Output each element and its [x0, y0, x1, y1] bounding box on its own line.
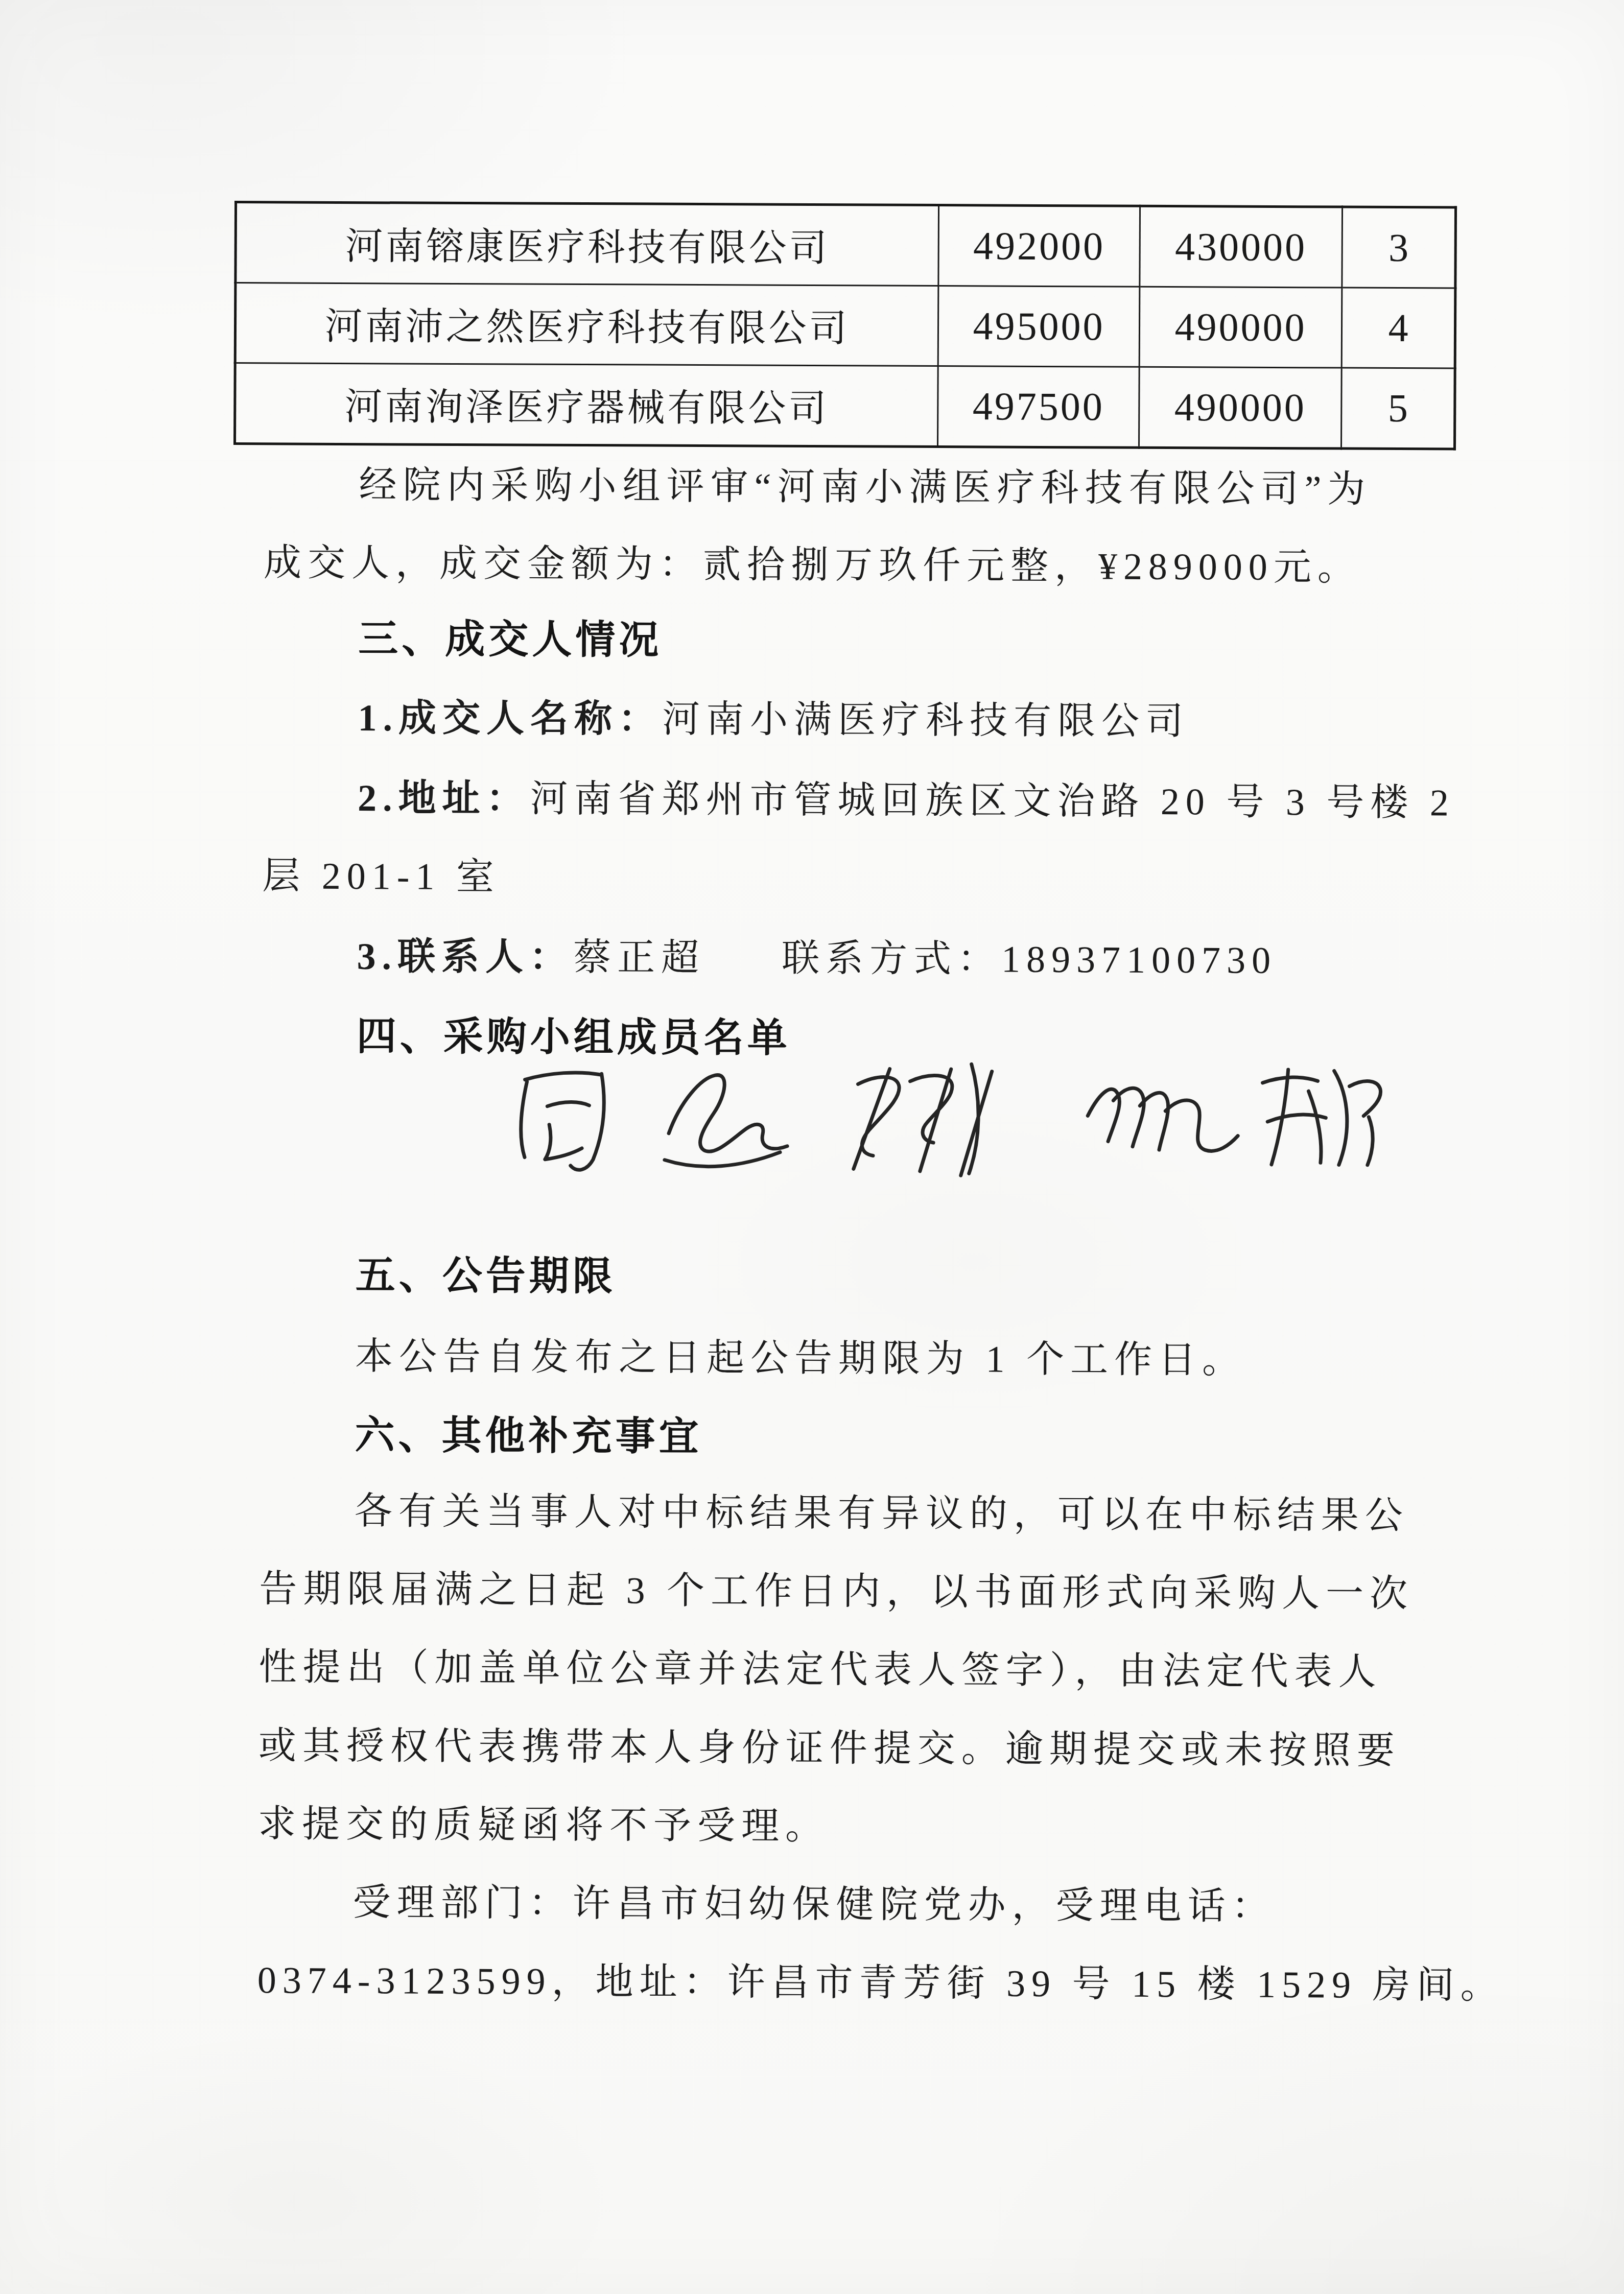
winner-address-line-2: 层 201-1 室 [262, 837, 1453, 920]
section3-heading: 三、成交人情况 [263, 599, 1549, 683]
contact-person-label: 3.联系人： [357, 936, 573, 979]
winner-name-value: 河南小满医疗科技有限公司 [662, 699, 1189, 743]
table-row: 河南沛之然医疗科技有限公司 495000 490000 4 [235, 283, 1455, 368]
rank-cell: 5 [1341, 368, 1455, 449]
objection-paragraph-line-5: 求提交的质疑函将不予受理。 [258, 1785, 1449, 1869]
acceptance-dept-line-2: 0374-3123599，地址：许昌市青芳街 39 号 15 楼 1529 房间… [257, 1941, 1448, 2025]
award-paragraph-line-2: 成交人，成交金额为：贰拾捌万玖仟元整，¥289000元。 [264, 524, 1454, 607]
deal-price-cell: 430000 [1140, 206, 1343, 288]
contact-person-line: 3.联系人：蔡正超联系方式：18937100730 [262, 917, 1547, 1001]
objection-paragraph-line-3: 性提出（加盖单位公章并法定代表人签字），由法定代表人 [258, 1628, 1449, 1712]
section5-heading: 五、公告期限 [261, 1235, 1546, 1319]
quote-price-cell: 492000 [938, 205, 1140, 287]
rank-cell: 3 [1342, 207, 1456, 288]
winner-address-label: 2.地址： [358, 777, 530, 820]
rank-cell: 4 [1341, 288, 1455, 368]
table-row: 河南镕康医疗科技有限公司 492000 430000 3 [236, 202, 1456, 288]
award-paragraph-line-1: 经院内采购小组评审“河南小满医疗科技有限公司”为 [264, 445, 1549, 530]
section5-body: 本公告自发布之日起公告期限为 1 个工作日。 [260, 1317, 1546, 1401]
objection-paragraph-line-4: 或其授权代表携带本人身份证件提交。逾期提交或未按照要 [258, 1707, 1449, 1790]
supplier-name-cell: 河南镕康医疗科技有限公司 [236, 202, 939, 286]
objection-paragraph-line-2: 告期限届满之日起 3 个工作日内，以书面形式向采购人一次 [259, 1550, 1450, 1634]
table-row: 河南洵泽医疗器械有限公司 497500 490000 5 [235, 363, 1455, 449]
contact-phone-value: 18937100730 [1001, 939, 1277, 982]
handwritten-signature-2-icon [665, 1075, 788, 1167]
handwritten-signature-5-icon [1262, 1070, 1381, 1165]
winner-address-value: 河南省郑州市管城回族区文治路 20 号 3 号楼 2 [530, 778, 1455, 824]
winner-address-line-1: 2.地址：河南省郑州市管城回族区文治路 20 号 3 号楼 2 [263, 759, 1548, 843]
bid-result-table: 河南镕康医疗科技有限公司 492000 430000 3 河南沛之然医疗科技有限… [233, 201, 1457, 450]
handwritten-signature-3-icon [854, 1063, 992, 1175]
deal-price-cell: 490000 [1139, 367, 1342, 448]
quote-price-cell: 495000 [938, 286, 1140, 367]
deal-price-cell: 490000 [1139, 287, 1342, 368]
signature-block [500, 1051, 1400, 1208]
winner-name-line: 1.成交人名称：河南小满医疗科技有限公司 [263, 678, 1548, 763]
section6-heading: 六、其他补充事宜 [260, 1395, 1545, 1479]
supplier-name-cell: 河南沛之然医疗科技有限公司 [235, 283, 938, 366]
handwritten-signature-4-icon [1088, 1088, 1238, 1151]
quote-price-cell: 497500 [938, 366, 1140, 448]
contact-method-label: 联系方式： [782, 938, 1001, 981]
scanned-document-page: 河南镕康医疗科技有限公司 492000 430000 3 河南沛之然医疗科技有限… [0, 0, 1624, 2294]
objection-paragraph-line-1: 各有关当事人对中标结果有异议的，可以在中标结果公 [260, 1472, 1545, 1556]
acceptance-dept-line-1: 受理部门：许昌市妇幼保健院党办，受理电话： [257, 1863, 1543, 1947]
document-content: 河南镕康医疗科技有限公司 492000 430000 3 河南沛之然医疗科技有限… [0, 0, 1624, 2294]
handwritten-signature-1-icon [521, 1072, 604, 1170]
contact-person-value: 蔡正超 [573, 937, 705, 979]
supplier-name-cell: 河南洵泽医疗器械有限公司 [235, 363, 938, 447]
winner-name-label: 1.成交人名称： [358, 697, 662, 741]
